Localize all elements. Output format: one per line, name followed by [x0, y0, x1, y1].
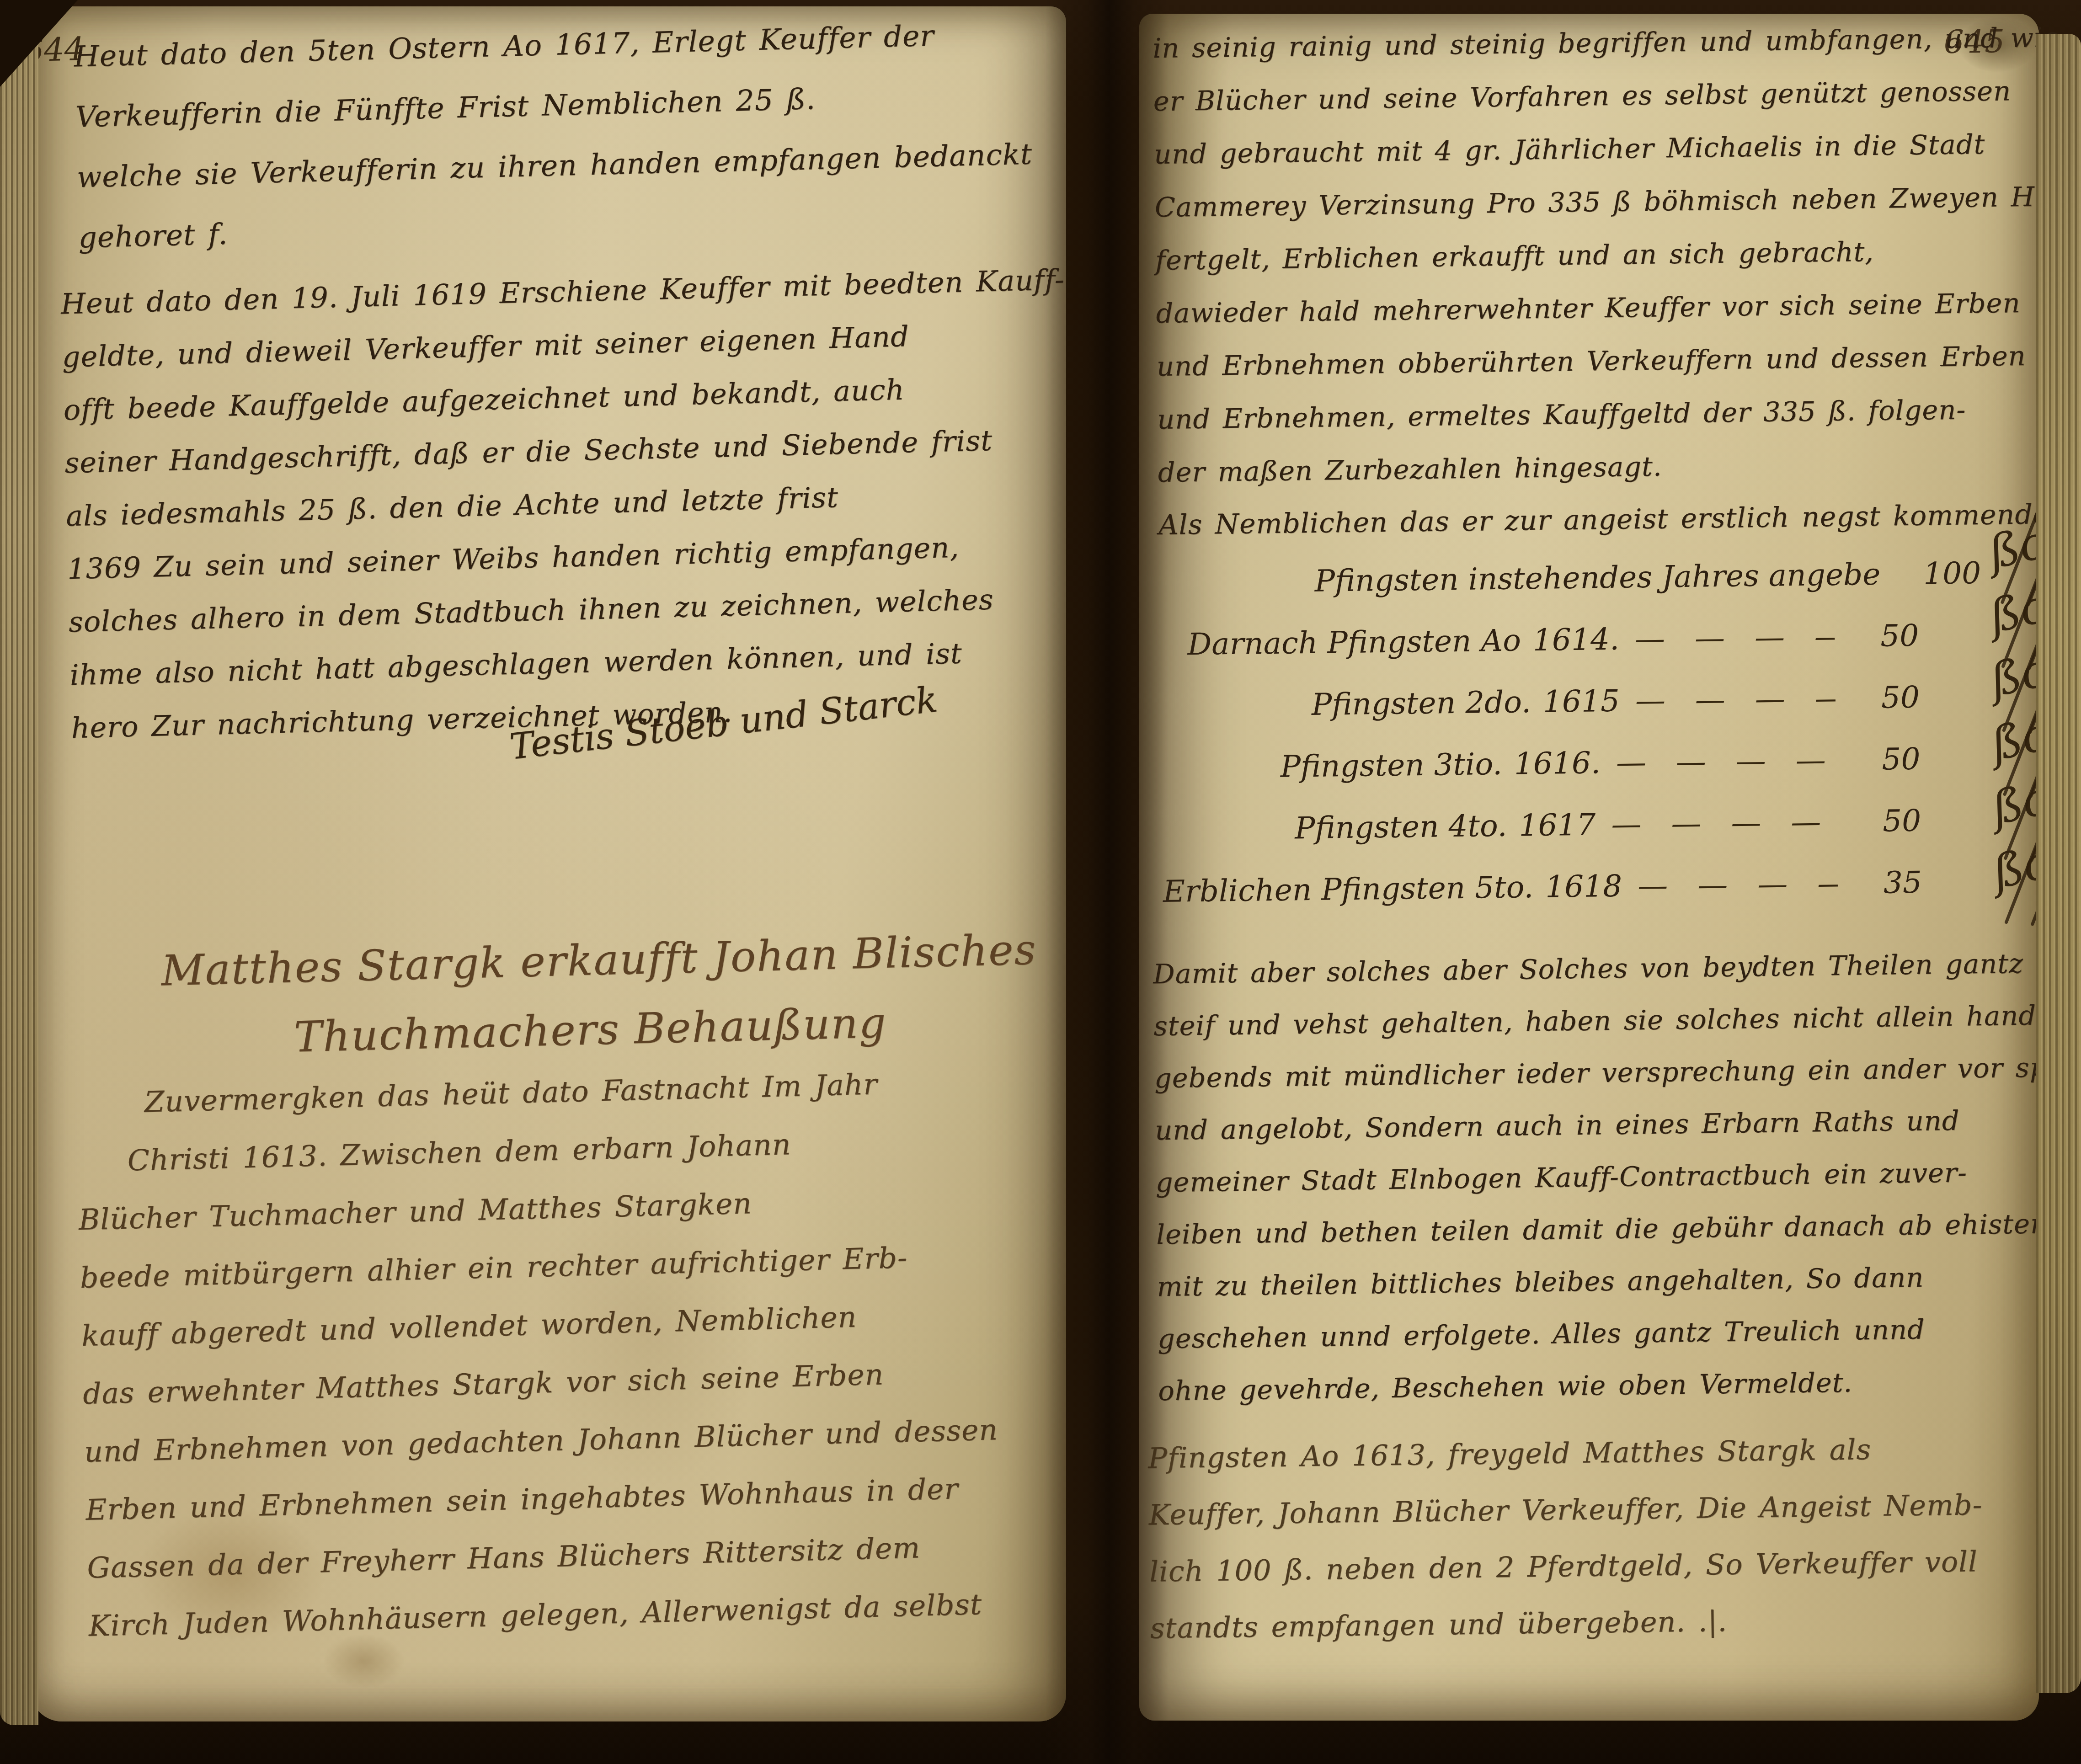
payment-year: 1618 — [1545, 869, 1622, 905]
payment-year: 1616. — [1514, 745, 1601, 781]
payment-amount: 50 — [1850, 618, 1919, 654]
dash-fill: — — — — — — — [1635, 681, 1836, 718]
payment-year: 1615 — [1542, 683, 1620, 719]
entry-1617: Heut dato den 5ten Ostern Ao 1617, Erleg… — [73, 3, 1057, 268]
text-line: lich 100 ß. neben den 2 Pferdtgeld, So V… — [1149, 1533, 2032, 1600]
payment-label: Pfingsten 4to. — [1295, 808, 1507, 846]
payment-schedule: Als Nemblichen das er zur angeist erstli… — [1158, 488, 2004, 922]
text-line: Cammerey Verzinsung Pro 335 ß böhmisch n… — [1154, 171, 2019, 234]
right-fore-edge — [2036, 34, 2081, 1693]
text-line: Pfingsten Ao 1613, freygeld Matthes Star… — [1147, 1419, 2030, 1487]
manuscript-spread: 644 Heut dato den 5ten Ostern Ao 1617, E… — [0, 0, 2081, 1764]
right-page-content: 645 in seinig rainig und steinig begriff… — [1139, 4, 2059, 1721]
payment-amount: 100 — [1923, 555, 1981, 592]
entry-1619: Heut dato den 19. Juli 1619 Erschiene Ke… — [60, 253, 1073, 755]
payment-amount: 50 — [1852, 803, 1921, 839]
assurance-paragraph: Damit aber solches aber Solches von beyd… — [1153, 938, 2031, 1417]
payment-label: Darnach Pfingsten Ao — [1187, 623, 1521, 662]
text-line: standts empfangen und übergeben. .|. — [1150, 1589, 2033, 1657]
payment-label: Pfingsten instehendes Jahres angebe — [1314, 557, 1881, 599]
payment-year: 1617 — [1519, 807, 1596, 843]
dash-fill: — — — — — — — [1638, 866, 1838, 903]
schedule-intro: Als Nemblichen das er zur angeist erstli… — [1158, 488, 2000, 552]
dash-fill: — — — — — — — [1616, 742, 1836, 780]
payment-year: 1614. — [1533, 622, 1620, 658]
text-line: er Blücher und seine Vorfahren es selbst… — [1153, 64, 2017, 128]
text-line: dawieder hald mehrerwehnter Keuffer vor … — [1156, 277, 2020, 340]
payment-row: Darnach Pfingsten Ao 1614. — — — — — — 5… — [1187, 604, 2002, 676]
text-line: ohne gevehrde, Beschehen wie oben Vermel… — [1158, 1354, 2032, 1417]
payment-label: Pfingsten 2do. — [1312, 684, 1531, 722]
text-line: in seinig rainig und steinig begriffen u… — [1153, 11, 2017, 75]
right-page: 645 in seinig rainig und steinig begriff… — [1139, 14, 2039, 1721]
text-line: geschehen unnd erfolgete. Alles gantz Tr… — [1157, 1302, 2031, 1365]
payment-amount: 50 — [1851, 680, 1920, 716]
text-line: und Erbnehmen, ermeltes Kauffgeltd der 3… — [1157, 383, 2022, 446]
left-page-block-edge — [0, 7, 38, 1725]
entry-1613: Zuvermergken das heüt dato Fastnacht Im … — [75, 1050, 1104, 1655]
text-line: und gebraucht mit 4 gr. Jährlicher Micha… — [1154, 117, 2018, 181]
dash-fill: — — — — — — — [1908, 556, 1908, 592]
text-line: fertgelt, Erblichen erkaufft und an sich… — [1155, 224, 2019, 287]
payment-row: Pfingsten 2do. 1615 — — — — — — 50 — [1311, 665, 2002, 735]
dash-fill: — — — — — — — [1634, 619, 1835, 656]
payment-row: Erblichen Pfingsten 5to. 1618 — — — — — … — [1163, 850, 2005, 922]
entry-heading: Matthes Stargk erkaufft Johan Blisches T… — [160, 916, 1019, 1076]
text-line: und Erbnehmen obberührten Verkeuffern un… — [1156, 330, 2021, 393]
payment-amount: 50 — [1852, 741, 1921, 778]
payment-label: Erblichen Pfingsten 5to. — [1163, 869, 1534, 909]
payment-label: Pfingsten 3tio. — [1280, 746, 1502, 784]
payment-row: Pfingsten 3tio. 1616. — — — — — — 50 — [1280, 727, 2003, 797]
payment-row: Pfingsten 4to. 1617 — — — — — — 50 — [1294, 789, 2004, 859]
payment-row: Pfingsten instehendes Jahres angebe — — … — [1314, 542, 2001, 612]
payment-amount: 35 — [1853, 865, 1922, 901]
left-page-content: 644 Heut dato den 5ten Ostern Ao 1617, E… — [29, 0, 1106, 1722]
closing-paragraph: Pfingsten Ao 1613, freygeld Matthes Star… — [1147, 1419, 2033, 1657]
left-page: 644 Heut dato den 5ten Ostern Ao 1617, E… — [30, 6, 1066, 1721]
dash-fill: — — — — — — — [1611, 804, 1837, 842]
terms-paragraph: in seinig rainig und steinig begriffen u… — [1153, 11, 2022, 499]
text-line: Keuffer, Johann Blücher Verkeuffer, Die … — [1148, 1476, 2031, 1544]
